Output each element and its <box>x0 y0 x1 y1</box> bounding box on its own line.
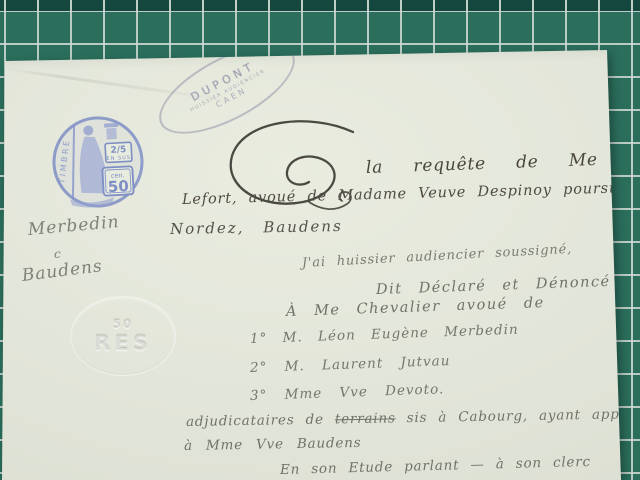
manuscript-line-11: à Mme Vve Baudens <box>184 435 362 454</box>
manuscript-line-5: Dit Déclaré et Dénoncé <box>376 274 611 298</box>
paper-shadow-wrap: DUPONT HUISSIER AUDIENCIER CAEN TIMBRE <box>0 0 640 480</box>
manuscript-line-6: À Me Chevalier avoué de <box>286 295 545 320</box>
manuscript-line-7: 1° M. Léon Eugène Merbedin <box>250 322 519 347</box>
embossed-seal-text: RES <box>94 331 152 355</box>
margin-note-party2: Baudens <box>21 256 104 286</box>
line-10-pre: adjudicataires de <box>186 411 335 430</box>
manuscript-line-12: En son Etude parlant — à son clerc <box>280 454 591 478</box>
manuscript-line-3: Nordez, Baudens <box>170 217 343 238</box>
photo-of-notarial-document: DUPONT HUISSIER AUDIENCIER CAEN TIMBRE <box>0 0 640 480</box>
manuscript-line-8: 2° M. Laurent Jutvau <box>250 353 451 376</box>
embossed-dry-seal: 50 RES <box>70 296 176 376</box>
embossed-seal-value: 50 <box>113 317 134 331</box>
surtax-text: EN SUS <box>106 155 131 162</box>
document-paper: DUPONT HUISSIER AUDIENCIER CAEN TIMBRE <box>0 0 640 480</box>
revenue-stamp: TIMBRE 2/5 EN SUS cen. <box>47 110 148 215</box>
line-10-struck-word: terrains <box>335 410 396 427</box>
margin-note-versus: c <box>54 247 61 261</box>
face-value-box: cen. 50 <box>102 166 133 196</box>
manuscript-line-10: adjudicataires de terrains sis à Cabourg… <box>186 406 640 430</box>
line-10-post: sis à Cabourg, ayant appartenu <box>395 406 640 427</box>
surtax-box: 2/5 EN SUS <box>105 142 132 162</box>
face-value: 50 <box>107 177 129 196</box>
manuscript-line-1: la requête de Me <box>366 150 599 178</box>
manuscript-line-9: 3° Mme Vve Devoto. <box>250 381 445 404</box>
manuscript-line-4: J'ai huissier audiencier soussigné, <box>302 242 573 271</box>
margin-note-party1: Merbedin <box>27 212 120 240</box>
